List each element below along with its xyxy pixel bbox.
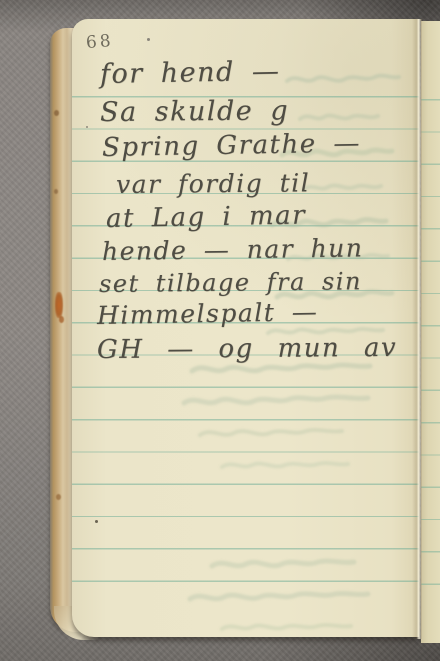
notebook-photo: 68 fo: [0, 0, 440, 661]
handwriting-line: for hend —: [100, 56, 281, 90]
handwriting-line: hende — nar hun: [102, 233, 364, 266]
handwriting-line: GH — og mun av: [97, 333, 397, 365]
handwriting-line: set tilbage fra sin: [99, 267, 362, 298]
ruled-lines: [421, 99, 440, 587]
handwriting-block: for hend — Sa skulde g Spring Grathe — v…: [72, 19, 419, 637]
handwriting-line: Sa skulde g: [100, 95, 289, 128]
facing-page-sliver: [421, 21, 440, 643]
handwriting-line: Himmelspalt —: [97, 297, 319, 330]
handwriting-line: at Lag i mar: [106, 201, 307, 234]
handwriting-line: var fordig til: [116, 168, 310, 199]
handwriting-line: Spring Grathe —: [102, 128, 361, 163]
notebook-page: 68 fo: [72, 19, 419, 637]
